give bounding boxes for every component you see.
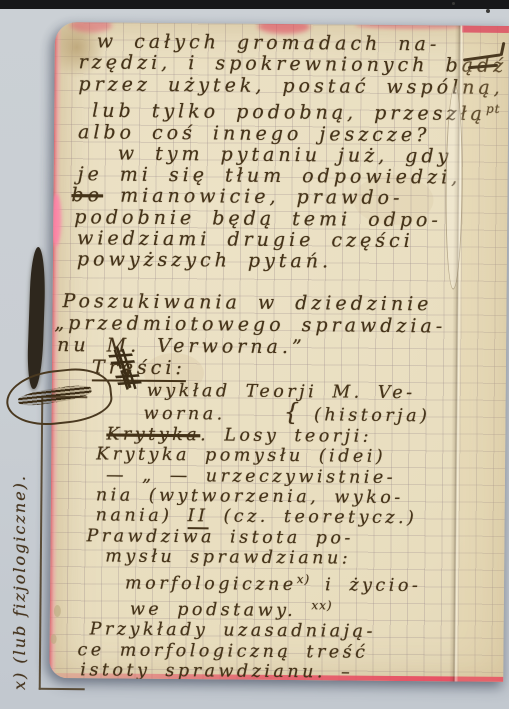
red-edge-stain	[355, 23, 465, 30]
footnote-mark-x: x)	[297, 572, 311, 586]
handwriting-text: morfologiczne	[125, 573, 297, 594]
handwriting-text: . Losy teorji:	[200, 425, 372, 446]
footnote-mark-xx: xx)	[311, 598, 332, 612]
handwriting-line: powyższych pytań.	[53, 249, 507, 274]
binding-strip	[27, 247, 47, 389]
handwritten-paragraph-top: w całych gromadach na- rzędzi, i spokrew…	[53, 31, 509, 275]
handwriting-text: worna.	[143, 404, 225, 425]
notebook-photo: w całych gromadach na- rzędzi, i spokrew…	[0, 0, 509, 709]
margin-bracket-line	[39, 396, 88, 690]
red-page-edge-top-right	[462, 26, 509, 33]
facing-page-sliver	[456, 26, 509, 682]
margin-vertical-note: x) (lub fizjologiczne).	[10, 390, 34, 690]
handwriting-text: nania)	[96, 506, 188, 527]
handwriting-text: (cz. teoretycz.)	[208, 507, 417, 529]
handwriting-text: mianowicie, prawdo-	[120, 185, 404, 209]
struck-word: bo	[71, 185, 103, 207]
dust-speck	[452, 2, 455, 5]
handwritten-outline: Iwykład Teorji M. Ve- worna.{ (historja)…	[49, 380, 506, 682]
handwriting-text: we podstawy.	[130, 599, 312, 621]
outline-line: we podstawy. xx)	[50, 593, 504, 623]
outline-line: istoty sprawdzianu. –	[49, 660, 503, 682]
handwriting-text: wykład Teorji M. Ve-	[147, 381, 416, 403]
ink-scribble	[17, 383, 92, 408]
scan-dark-band	[0, 0, 509, 9]
outline-line: morfologicznex) i życio-	[50, 567, 504, 597]
struck-word: Krytyka	[106, 424, 200, 445]
handwriting-text: i życio-	[310, 575, 421, 596]
dust-speck	[486, 9, 490, 13]
brace-glyph: { (historja)	[284, 402, 431, 427]
handwriting-text: (historja)	[314, 406, 430, 427]
